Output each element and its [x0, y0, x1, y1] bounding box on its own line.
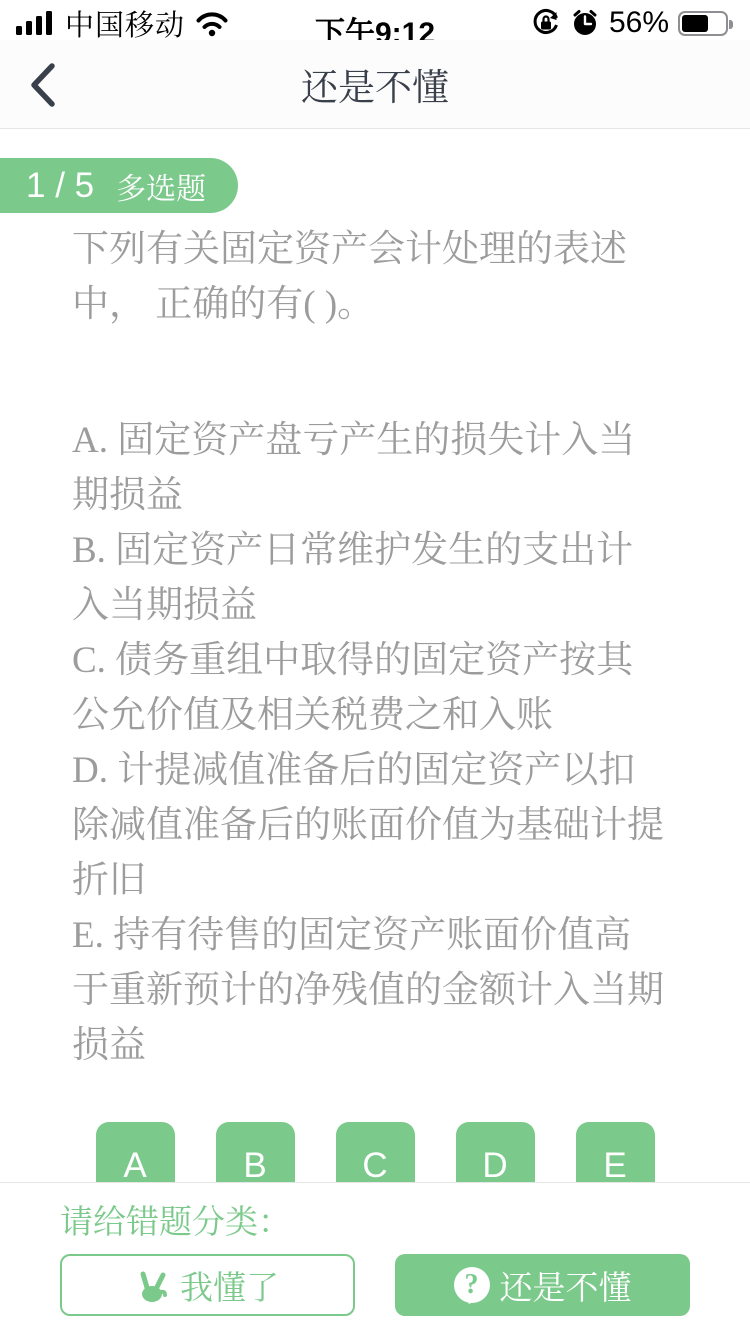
carrier-label: 中国移动	[65, 3, 185, 44]
battery-tip	[729, 20, 733, 29]
quiz-review-screen: 中国移动 下午9:12 56%	[0, 0, 750, 1334]
classify-prompt-label: 请给错题分类：	[60, 1196, 750, 1243]
understood-button[interactable]: 我懂了	[60, 1254, 355, 1316]
understood-label: 我懂了	[180, 1262, 279, 1309]
option-e-text: E. 持有待售的固定资产账面价值高于重新预计的净残值的金额计入当期损益	[72, 908, 666, 1073]
question-type-label: 多选题	[116, 164, 206, 208]
battery-percent-label: 56%	[609, 6, 669, 40]
classify-panel: 请给错题分类： 我懂了 ? 还是不懂	[0, 1182, 750, 1334]
still-confused-button[interactable]: ? 还是不懂	[395, 1254, 690, 1316]
rotation-lock-icon	[531, 8, 561, 38]
question-progress-badge: 1 / 5 多选题	[0, 158, 238, 213]
nav-bar: 还是不懂	[0, 40, 750, 129]
option-c-text: C. 债务重组中取得的固定资产按其公允价值及相关税费之和入账	[72, 633, 666, 743]
battery-icon	[678, 11, 728, 36]
wifi-icon	[194, 10, 230, 37]
option-b-text: B. 固定资产日常维护发生的支出计入当期损益	[72, 523, 666, 633]
option-d-text: D. 计提减值准备后的固定资产以扣除减值准备后的账面价值为基础计提折旧	[72, 743, 666, 908]
battery-fill	[682, 15, 708, 32]
options-list: A. 固定资产盘亏产生的损失计入当期损益 B. 固定资产日常维护发生的支出计入当…	[72, 413, 666, 1073]
progress-counter: 1 / 5	[26, 166, 94, 206]
classify-buttons: 我懂了 ? 还是不懂	[0, 1254, 750, 1316]
page-title: 还是不懂	[0, 57, 750, 111]
alarm-clock-icon	[570, 8, 600, 38]
question-stem: 下列有关固定资产会计处理的表述中， 正确的有( )。	[72, 222, 666, 332]
still-confused-label: 还是不懂	[500, 1262, 632, 1309]
status-left-group: 中国移动	[16, 3, 230, 44]
status-right-group: 56%	[531, 6, 734, 40]
status-bar: 中国移动 下午9:12 56%	[0, 0, 750, 40]
option-a-text: A. 固定资产盘亏产生的损失计入当期损益	[72, 413, 666, 523]
question-bubble-icon: ?	[454, 1267, 490, 1303]
victory-hand-icon	[136, 1267, 172, 1303]
signal-bars-icon	[16, 10, 56, 36]
